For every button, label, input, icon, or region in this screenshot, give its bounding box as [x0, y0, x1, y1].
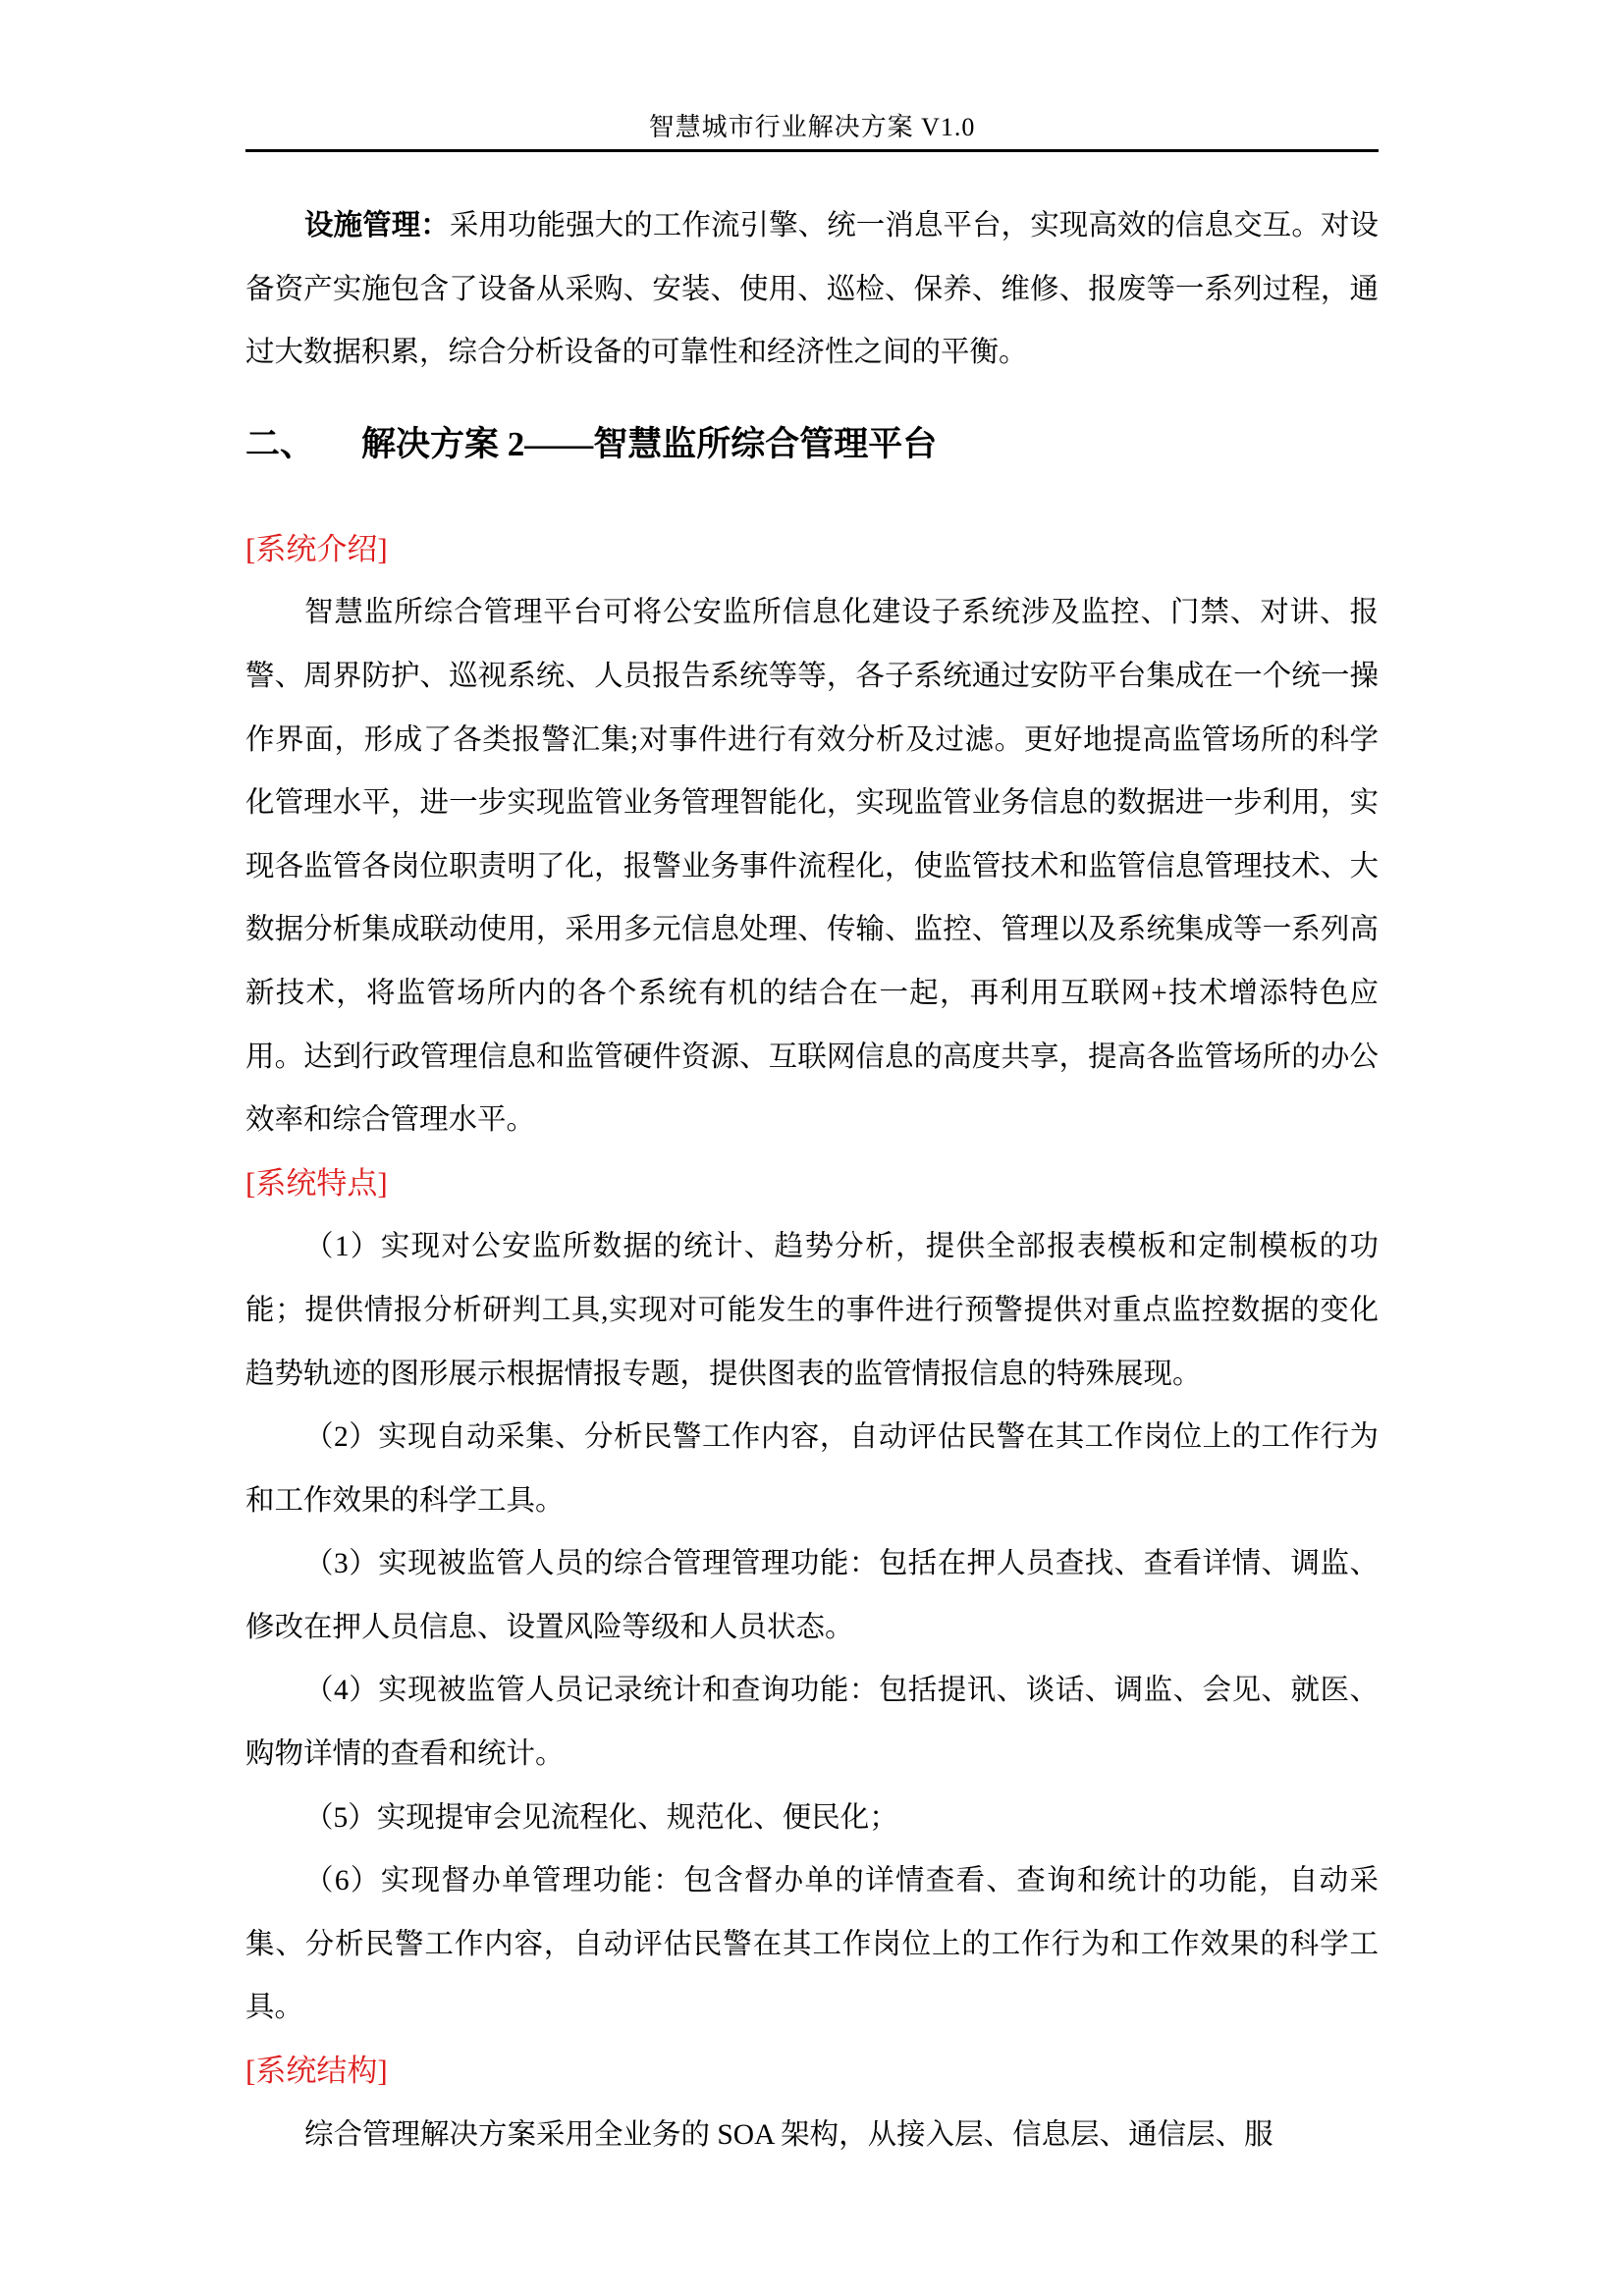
section-heading-number: 二、 [245, 425, 314, 463]
label-system-structure: [系统结构] [245, 2040, 1379, 2104]
feature-item-4: （4）实现被监管人员记录统计和查询功能：包括提讯、谈话、调监、会见、就医、购物详… [245, 1659, 1379, 1786]
paragraph-facility-management: 设施管理：采用功能强大的工作流引擎、统一消息平台，实现高效的信息交互。对设备资产… [245, 194, 1379, 385]
label-system-introduction: [系统介绍] [245, 518, 1379, 582]
section-heading-title: 解决方案 2——智慧监所综合管理平台 [361, 425, 937, 463]
feature-item-6: （6）实现督办单管理功能：包含督办单的详情查看、查询和统计的功能，自动采集、分析… [245, 1849, 1379, 2040]
feature-item-1: （1）实现对公安监所数据的统计、趋势分析，提供全部报表模板和定制模板的功能；提供… [245, 1215, 1379, 1406]
label-system-features: [系统特点] [245, 1152, 1379, 1216]
header-title: 智慧城市行业解决方案 V1.0 [245, 0, 1379, 152]
paragraph-system-introduction: 智慧监所综合管理平台可将公安监所信息化建设子系统涉及监控、门禁、对讲、报警、周界… [245, 581, 1379, 1151]
facility-management-lead: 设施管理： [304, 210, 450, 241]
section-heading-solution-2: 二、解决方案 2——智慧监所综合管理平台 [245, 417, 1379, 472]
feature-item-5: （5）实现提审会见流程化、规范化、便民化； [245, 1787, 1379, 1850]
document-body: 设施管理：采用功能强大的工作流引擎、统一消息平台，实现高效的信息交互。对设备资产… [245, 194, 1379, 2166]
document-page: 智慧城市行业解决方案 V1.0 设施管理：采用功能强大的工作流引擎、统一消息平台… [0, 0, 1624, 2296]
paragraph-system-structure: 综合管理解决方案采用全业务的 SOA 架构，从接入层、信息层、通信层、服 [245, 2104, 1379, 2167]
feature-item-2: （2）实现自动采集、分析民警工作内容，自动评估民警在其工作岗位上的工作行为和工作… [245, 1406, 1379, 1532]
feature-item-3: （3）实现被监管人员的综合管理管理功能：包括在押人员查找、查看详情、调监、修改在… [245, 1532, 1379, 1659]
page-header: 智慧城市行业解决方案 V1.0 [245, 0, 1379, 152]
